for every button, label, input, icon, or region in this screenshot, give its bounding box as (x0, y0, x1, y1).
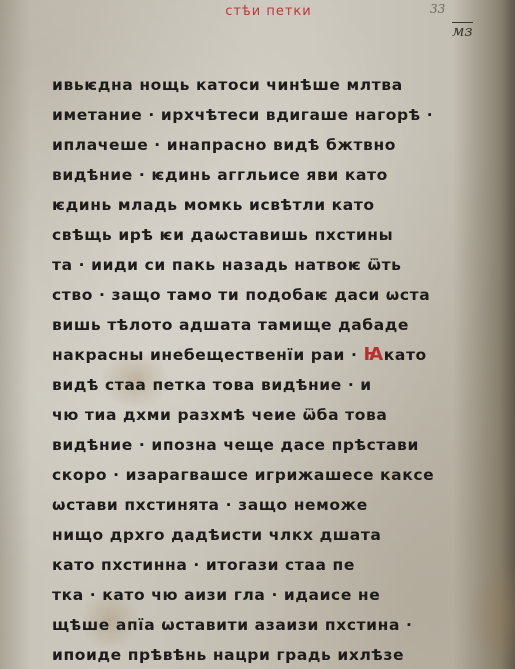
text-line: като пхстинна · итогази стаа пе (52, 550, 452, 580)
red-initial: Ꙗ (364, 344, 384, 365)
ink-folio-number: мз (452, 22, 473, 38)
text-line: иплачеше · инапрасно видѣ бжтвно (52, 130, 452, 160)
text-line: видѣние · ѥдинь аггльисе яви като (52, 160, 452, 190)
text-line: ѡстави пхстинята · защо неможе (52, 490, 452, 520)
text-line: иметание · ирхчѣтеси вдигаше нагорѣ · (52, 100, 452, 130)
pencil-folio-number: 33 (430, 2, 445, 16)
text-line: скоро · изарагвашсе игрижашесе каксе (52, 460, 452, 490)
text-line: видѣ стаа петка това видѣние · и (52, 370, 452, 400)
text-line: видѣние · ипозна чеще дасе прѣстави (52, 430, 452, 460)
text-line: чю тиа дхми разхмѣ чеие ѿба това (52, 400, 452, 430)
text-line: тка · като чю аизи гла · идаисе не (52, 580, 452, 610)
initial-continuation: като (384, 346, 427, 364)
text-line: ѥдинь младь момкь исвѣтли като (52, 190, 452, 220)
text-line: та · ииди си пакь назадь натвоѥ ѿть (52, 250, 452, 280)
text-line: нищо дрхго дадѣисти члкх дшата (52, 520, 452, 550)
text-block: ивьѥдна нощь катоси чинѣше млтва иметани… (52, 70, 452, 669)
text-line: ипоиде прѣвѣнь нацри градь ихлѣзе (52, 640, 452, 669)
text-line: вишь тѣлото адшата тамище дабаде (52, 310, 452, 340)
text-line-with-initial: накрасны инебещественїи раи · Ꙗкато (52, 340, 452, 370)
text-line: ивьѥдна нощь катоси чинѣше млтва (52, 70, 452, 100)
manuscript-page: стѣи петки 33 мз ивьѥдна нощь катоси чин… (0, 0, 515, 669)
text-line-start: накрасны инебещественїи раи · (52, 346, 358, 364)
text-line: щѣше апїа ѡставити азаизи пхстина · (52, 610, 452, 640)
stain (470, 560, 515, 669)
text-line: ство · защо тамо ти подобаѥ даси ѡста (52, 280, 452, 310)
text-line: свѣщь ирѣ ѥи даѡставишь пхстины (52, 220, 452, 250)
